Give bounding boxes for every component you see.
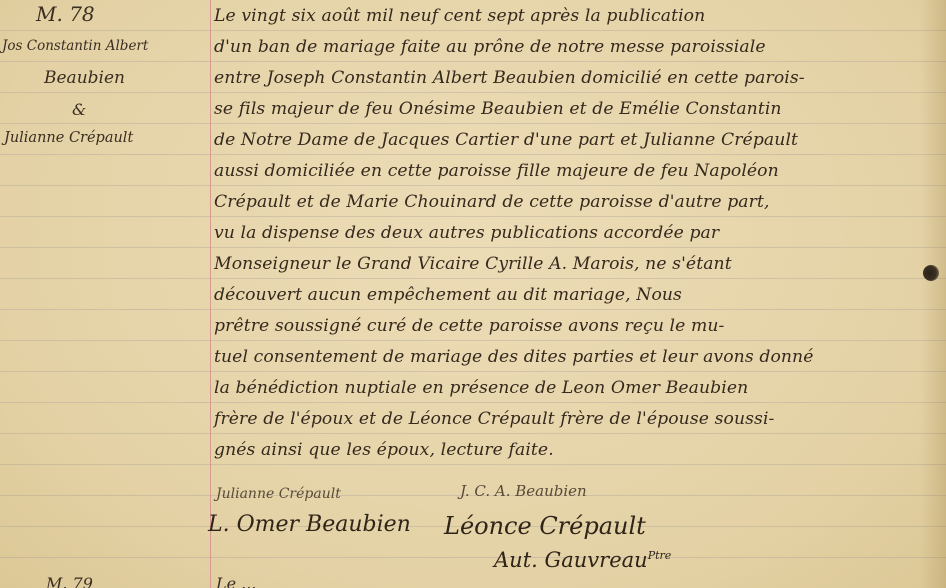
margin-groom-surname: Beaubien [44,68,125,88]
record-line: entre Joseph Constantin Albert Beaubien … [214,68,805,88]
record-line: tuel consentement de mariage des dites p… [214,347,814,367]
record-line: se fils majeur de feu Onésime Beaubien e… [214,99,782,119]
record-line: frère de l'époux et de Léonce Crépault f… [214,409,774,429]
record-line: Le vingt six août mil neuf cent sept apr… [214,6,705,26]
margin-next-entry-number: M. 79 [46,574,93,588]
margin-rule [210,0,211,588]
record-line: gnés ainsi que les époux, lecture faite. [214,440,554,460]
signature-bride: Julianne Crépault [216,486,341,502]
priest-title: Ptre [648,549,672,562]
record-line: la bénédiction nuptiale en présence de L… [214,378,748,398]
record-line: Crépault et de Marie Chouinard de cette … [214,192,770,212]
signature-priest: Aut. GauvreauPtre [494,548,671,572]
signature-witness-groom-brother: L. Omer Beaubien [208,512,411,537]
record-line: prêtre soussigné curé de cette paroisse … [214,316,724,336]
record-line: Monseigneur le Grand Vicaire Cyrille A. … [214,254,732,274]
priest-name: Aut. Gauvreau [494,548,648,572]
margin-ampersand: & [72,100,86,119]
record-body: Le vingt six août mil neuf cent sept apr… [214,0,934,588]
margin-groom-given-names: Jos Constantin Albert [2,38,148,54]
record-line: de Notre Dame de Jacques Cartier d'une p… [214,130,798,150]
record-line: aussi domiciliée en cette paroisse fille… [214,161,779,181]
signature-witness-bride-brother: Léonce Crépault [444,512,646,540]
signature-groom: J. C. A. Beaubien [460,482,587,500]
record-line: vu la dispense des deux autres publicati… [214,223,719,243]
margin-bride-name: Julianne Crépault [4,130,133,146]
next-entry-start: Le ... [216,574,256,588]
record-line: découvert aucun empêchement au dit maria… [214,285,682,305]
register-page: M. 78 Jos Constantin Albert Beaubien & J… [0,0,946,588]
entry-number: M. 78 [36,2,95,26]
record-line: d'un ban de mariage faite au prône de no… [214,37,766,57]
margin-column: M. 78 Jos Constantin Albert Beaubien & J… [0,0,208,588]
